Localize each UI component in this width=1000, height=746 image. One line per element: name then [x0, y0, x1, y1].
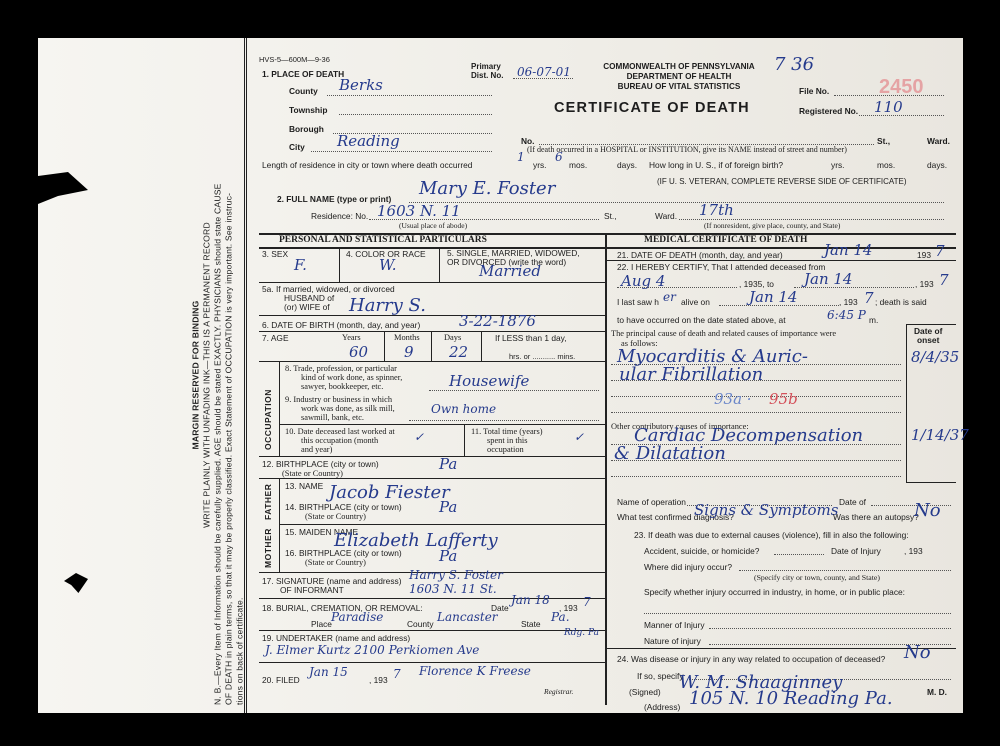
age-months-value: 9 — [404, 343, 414, 361]
date-of-death-value: Jan 14 — [824, 241, 872, 259]
residence-years-value: 1 — [517, 150, 525, 164]
occupation-related-value: No — [904, 642, 931, 663]
paper-tear — [64, 573, 88, 593]
physician-address: 105 N. 10 Reading Pa. — [689, 688, 893, 709]
occupation-value: Housewife — [449, 372, 529, 390]
occupation-side-label: OCCUPATION — [263, 389, 273, 450]
bureau-heading: BUREAU OF VITAL STATISTICS — [569, 82, 789, 92]
file-number-stamp: 2450 — [879, 76, 924, 99]
burial-state-value: Pa. — [551, 610, 570, 624]
certificate-form: HVS-5—600M—9-36 1. PLACE OF DEATH County… — [244, 38, 963, 713]
ward-value: 17th — [699, 201, 734, 219]
county-value: Berks — [339, 76, 383, 94]
test-confirmed-value: Signs & Symptoms — [694, 501, 838, 519]
nb-line-2: OF DEATH in plain terms, so that it may … — [224, 45, 235, 705]
margin-handwritten-number: 7 36 — [774, 54, 814, 75]
contributory-onset-value: 1/14/37 — [911, 426, 969, 444]
father-birthplace-value: Pa — [439, 498, 457, 516]
birthplace-value: Pa — [439, 455, 457, 473]
date-of-birth-value: 3-22-1876 — [459, 312, 536, 330]
race-value: W. — [379, 256, 397, 274]
informant-name-value: Harry S. Foster — [409, 568, 503, 582]
father-side-label: FATHER — [263, 484, 273, 520]
death-certificate-page: MARGIN RESERVED FOR BINDING WRITE PLAINL… — [38, 38, 963, 713]
residence-value: 1603 N. 11 — [377, 202, 461, 220]
classification-code-red: 95b — [769, 390, 798, 408]
contributory-cause-line-2: & Dilatation — [614, 443, 726, 464]
spouse-value: Harry S. — [349, 295, 426, 316]
principal-onset-value: 8/4/35 — [911, 348, 959, 366]
undertaker-value: J. Elmer Kurtz 2100 Perkiomen Ave — [265, 643, 479, 657]
industry-value: Own home — [431, 402, 496, 416]
nb-line-1: N. B.—Every Item of Information should b… — [213, 45, 224, 705]
marital-status-value: Married — [479, 262, 541, 280]
mother-side-label: MOTHER — [263, 528, 273, 568]
mother-birthplace-value: Pa — [439, 547, 457, 565]
last-seen-alive-value: Jan 14 — [749, 288, 797, 306]
burial-county-value: Lancaster — [437, 610, 498, 624]
informant-address-value: 1603 N. 11 St. — [409, 582, 497, 596]
attended-to-value: Jan 14 — [804, 270, 852, 288]
residence-months-value: 6 — [555, 150, 563, 164]
binding-margin: MARGIN RESERVED FOR BINDING WRITE PLAINL… — [188, 38, 248, 713]
classification-code-blue: 93a · — [714, 390, 752, 408]
age-years-value: 60 — [349, 343, 368, 361]
personal-heading: PERSONAL AND STATISTICAL PARTICULARS — [279, 235, 487, 245]
age-days-value: 22 — [449, 343, 468, 361]
sex-value: F. — [294, 256, 307, 274]
registered-number-value: 110 — [874, 98, 903, 116]
registrar-signature: Florence K Freese — [419, 664, 531, 678]
certificate-title: CERTIFICATE OF DEATH — [554, 100, 750, 116]
medical-heading: MEDICAL CERTIFICATE OF DEATH — [644, 235, 807, 245]
write-plainly-text: WRITE PLAINLY WITH UNFADING INK—THIS IS … — [202, 45, 213, 705]
paper-tear — [38, 168, 88, 208]
margin-reserved-text: MARGIN RESERVED FOR BINDING — [191, 45, 202, 705]
filed-date-value: Jan 15 — [309, 665, 348, 679]
commonwealth-heading: COMMONWEALTH OF PENNSYLVANIA — [569, 62, 789, 72]
department-heading: DEPARTMENT OF HEALTH — [569, 72, 789, 82]
primary-dist-value: 06-07-01 — [517, 65, 571, 79]
autopsy-value: No — [914, 500, 941, 521]
time-of-death-value: 6:45 P — [827, 308, 866, 322]
form-code: HVS-5—600M—9-36 — [259, 55, 330, 64]
principal-cause-line-2: ular Fibrillation — [619, 364, 763, 385]
burial-date-value: Jan 18 — [511, 593, 550, 607]
city-value: Reading — [337, 132, 400, 150]
place-of-death-label: 1. PLACE OF DEATH — [262, 69, 344, 79]
burial-place-value: Paradise — [331, 610, 383, 624]
full-name-value: Mary E. Foster — [419, 178, 555, 199]
father-name-value: Jacob Fiester — [329, 482, 450, 503]
